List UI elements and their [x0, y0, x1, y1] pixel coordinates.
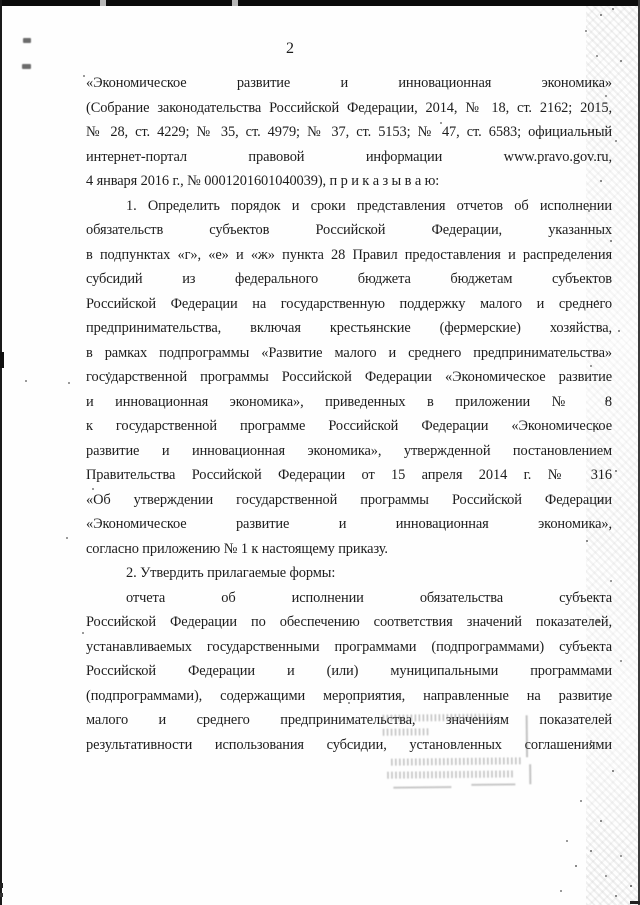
text-line: результативности использования субсидии,… [86, 733, 612, 758]
text-line: (подпрограммами), содержащими мероприяти… [86, 684, 612, 709]
text-line: развитие и инновационная экономика», утв… [86, 439, 612, 464]
text-line: интернет-портал правовой информации www.… [86, 145, 612, 170]
scan-edge-top-notch [232, 0, 238, 6]
text-line: в рамках подпрограммы «Развитие малого и… [86, 341, 612, 366]
page-number: 2 [286, 40, 294, 58]
text-line: «Экономическое развитие и инновационная … [86, 512, 612, 537]
scan-edge-top-notch [100, 0, 106, 6]
text-line: 2. Утвердить прилагаемые формы: [86, 561, 612, 586]
text-line: Российской Федерации и (или) муниципальн… [86, 659, 612, 684]
stamp-border-mark [529, 764, 531, 784]
stamp-underline [393, 786, 451, 789]
text-line: государственной программы Российской Фед… [86, 365, 612, 390]
text-line: (Собрание законодательства Российской Фе… [86, 96, 612, 121]
text-line: предпринимательства, включая крестьянски… [86, 316, 612, 341]
scan-edge-mark [0, 883, 3, 888]
stamp-text-row [391, 757, 523, 765]
text-line: к государственной программе Российской Ф… [86, 414, 612, 439]
scan-edge-mark [0, 893, 3, 897]
text-line: «Об утверждении государственной программ… [86, 488, 612, 513]
text-line: субсидий из федерального бюджета бюджета… [86, 267, 612, 292]
text-line: в подпунктах «г», «е» и «ж» пункта 28 Пр… [86, 243, 612, 268]
text-line: «Экономическое развитие и инновационная … [86, 71, 612, 96]
text-line: устанавливаемых государственными програм… [86, 635, 612, 660]
text-line: обязательств субъектов Российской Федера… [86, 218, 612, 243]
text-line: и инновационная экономика», приведенных … [86, 390, 612, 415]
stamp-underline [471, 783, 515, 785]
scan-edge-left [0, 0, 2, 905]
document-page: 2 «Экономическое развитие и инновационна… [0, 0, 640, 905]
text-line: № 28, ст. 4229; № 35, ст. 4979; № 37, ст… [86, 120, 612, 145]
scan-corner-mark [630, 901, 640, 904]
binder-smudge [22, 64, 31, 69]
stamp-text-row [383, 714, 495, 722]
text-line: Российской Федерации на государственную … [86, 292, 612, 317]
faint-stamp [383, 709, 534, 795]
text-line: 1. Определить порядок и сроки представле… [86, 194, 612, 219]
text-line: Российской Федерации по обеспечению соот… [86, 610, 612, 635]
stamp-text-row [383, 728, 429, 735]
scan-edge-top [0, 0, 640, 6]
text-line: согласно приложению № 1 к настоящему при… [86, 537, 612, 562]
text-line: отчета об исполнении обязательства субъе… [86, 586, 612, 611]
text-line: Правительства Российской Федерации от 15… [86, 463, 612, 488]
text-line: малого и среднего предпринимательства, з… [86, 708, 612, 733]
text-line: 4 января 2016 г., № 0001201601040039), п… [86, 169, 612, 194]
scanned-document-screenshot: { "page": { "number": "2" }, "document":… [0, 0, 640, 905]
document-body: «Экономическое развитие и инновационная … [86, 71, 612, 757]
stamp-border-mark [526, 715, 528, 757]
scan-edge-mark [0, 352, 4, 368]
binder-smudge [23, 38, 31, 43]
stamp-text-row [387, 770, 513, 778]
